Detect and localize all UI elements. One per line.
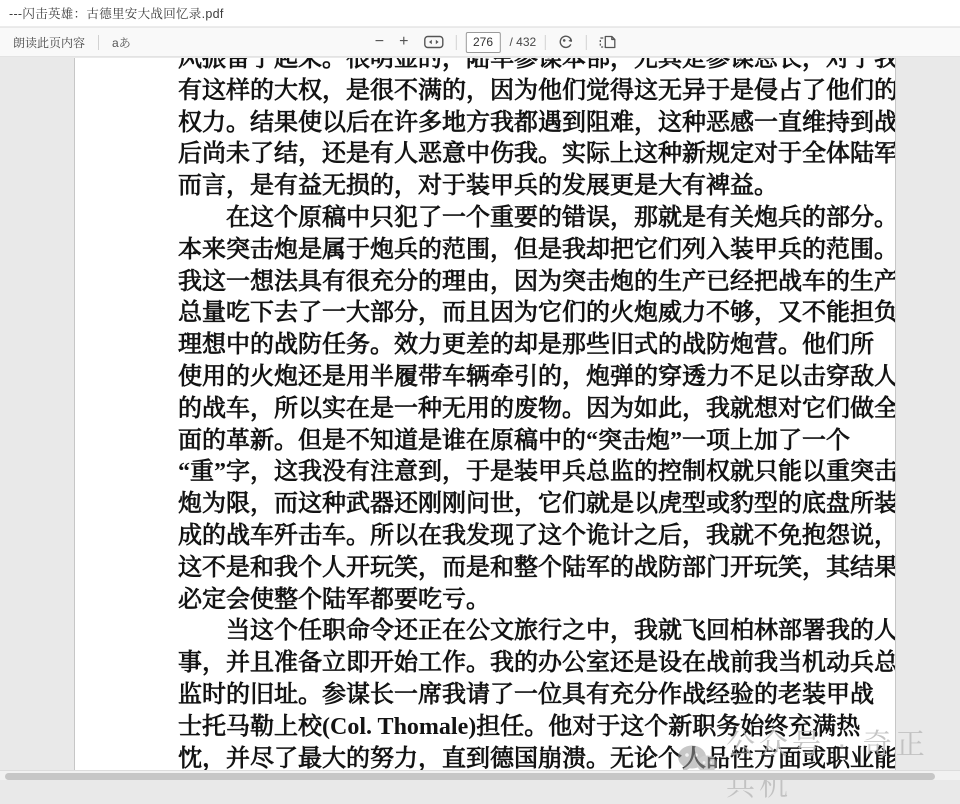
page-total-label: / 432 xyxy=(509,35,536,49)
language-read-icon[interactable]: aあ xyxy=(109,32,134,53)
text-line: 我这一想法具有很充分的理由，因为突击炮的生产已经把战车的生产 xyxy=(178,267,824,299)
rotate-button[interactable] xyxy=(555,32,577,52)
text-line: 而言，是有益无损的，对于装甲兵的发展更是大有裨益。 xyxy=(178,171,824,203)
zoom-out-button[interactable]: − xyxy=(372,33,387,51)
minus-icon: − xyxy=(375,35,384,49)
page-view-icon xyxy=(599,34,617,50)
text-line: 本来突击炮是属于炮兵的范围，但是我却把它们列入装甲兵的范围。 xyxy=(178,235,824,267)
text-line: 在这个原稿中只犯了一个重要的错误，那就是有关炮兵的部分。 xyxy=(178,203,824,235)
toolbar-divider xyxy=(545,35,546,50)
pdf-content-area: 风振留了起来。很明显的，陆军参谋本部，尤其是参谋总长，对于我拥 有这样的大权，是… xyxy=(0,58,960,770)
language-icon: aあ xyxy=(112,34,131,51)
text-line: 后尚未了结，还是有人恶意中伤我。实际上这种新规定对于全体陆军 xyxy=(178,139,824,171)
text-line: 必定会使整个陆军都要吃亏。 xyxy=(178,585,824,617)
text-line: 面的革新。但是不知道是谁在原稿中的“突击炮”一项上加了一个 xyxy=(178,426,824,458)
text-line: 成的战车歼击车。所以在我发现了这个诡计之后，我就不免抱怨说， xyxy=(178,521,824,553)
zoom-in-button[interactable]: + xyxy=(396,33,411,51)
horizontal-scrollbar[interactable] xyxy=(0,770,960,780)
text-line: 事，并且准备立即开始工作。我的办公室还是设在战前我当机动兵总 xyxy=(178,648,824,680)
pdf-toolbar: 朗读此页内容 aあ − + / 432 xyxy=(0,28,960,57)
toolbar-divider xyxy=(586,35,587,50)
text-line: 风振留了起来。很明显的，陆军参谋本部，尤其是参谋总长，对于我拥 xyxy=(178,58,824,76)
fit-to-width-button[interactable] xyxy=(420,33,446,51)
text-line: 总量吃下去了一大部分，而且因为它们的火炮威力不够，又不能担负 xyxy=(178,298,824,330)
pdf-page: 风振留了起来。很明显的，陆军参谋本部，尤其是参谋总长，对于我拥 有这样的大权，是… xyxy=(74,58,896,770)
page-text: 风振留了起来。很明显的，陆军参谋本部，尤其是参谋总长，对于我拥 有这样的大权，是… xyxy=(75,58,895,770)
text-line: 有这样的大权，是很不满的，因为他们觉得这无异于是侵占了他们的 xyxy=(178,76,824,108)
text-line: 这不是和我个人开玩笑，而是和整个陆军的战防部门开玩笑，其结果 xyxy=(178,553,824,585)
page-view-button[interactable] xyxy=(596,32,620,52)
text-line: 的战车，所以实在是一种无用的废物。因为如此，我就想对它们做全 xyxy=(178,394,824,426)
text-line: 权力。结果使以后在许多地方我都遇到阻难，这种恶感一直维持到战 xyxy=(178,108,824,140)
text-line: “重”字，这我没有注意到，于是装甲兵总监的控制权就只能以重突击 xyxy=(178,457,824,489)
rotate-icon xyxy=(558,34,574,50)
read-aloud-button[interactable]: 朗读此页内容 xyxy=(10,32,88,53)
text-line: 炮为限，而这种武器还刚刚问世，它们就是以虎型或豹型的底盘所装 xyxy=(178,489,824,521)
text-line: 理想中的战防任务。效力更差的却是那些旧式的战防炮营。他们所 xyxy=(178,330,824,362)
toolbar-divider xyxy=(455,35,456,50)
horizontal-scrollbar-thumb[interactable] xyxy=(5,773,935,780)
text-line: 士托马勒上校(Col. Thomale)担任。他对于这个新职务始终充满热 xyxy=(178,712,824,744)
text-line: 监时的旧址。参谋长一席我请了一位具有充分作战经验的老装甲战 xyxy=(178,680,824,712)
plus-icon: + xyxy=(399,35,408,49)
fit-width-icon xyxy=(423,35,443,49)
text-line: 使用的火炮还是用半履带车辆牵引的，炮弹的穿透力不足以击穿敌人 xyxy=(178,362,824,394)
toolbar-divider xyxy=(98,35,99,50)
text-line: 忱，并尽了最大的努力，直到德国崩溃。无论个人品性方面或职业能 xyxy=(178,744,824,770)
text-line: 当这个任职命令还正在公文旅行之中，我就飞回柏林部署我的人 xyxy=(178,616,824,648)
document-title: ---闪击英雄：古德里安大战回忆录.pdf xyxy=(9,4,224,22)
titlebar: ---闪击英雄：古德里安大战回忆录.pdf xyxy=(0,0,960,27)
page-number-input[interactable] xyxy=(465,32,500,53)
